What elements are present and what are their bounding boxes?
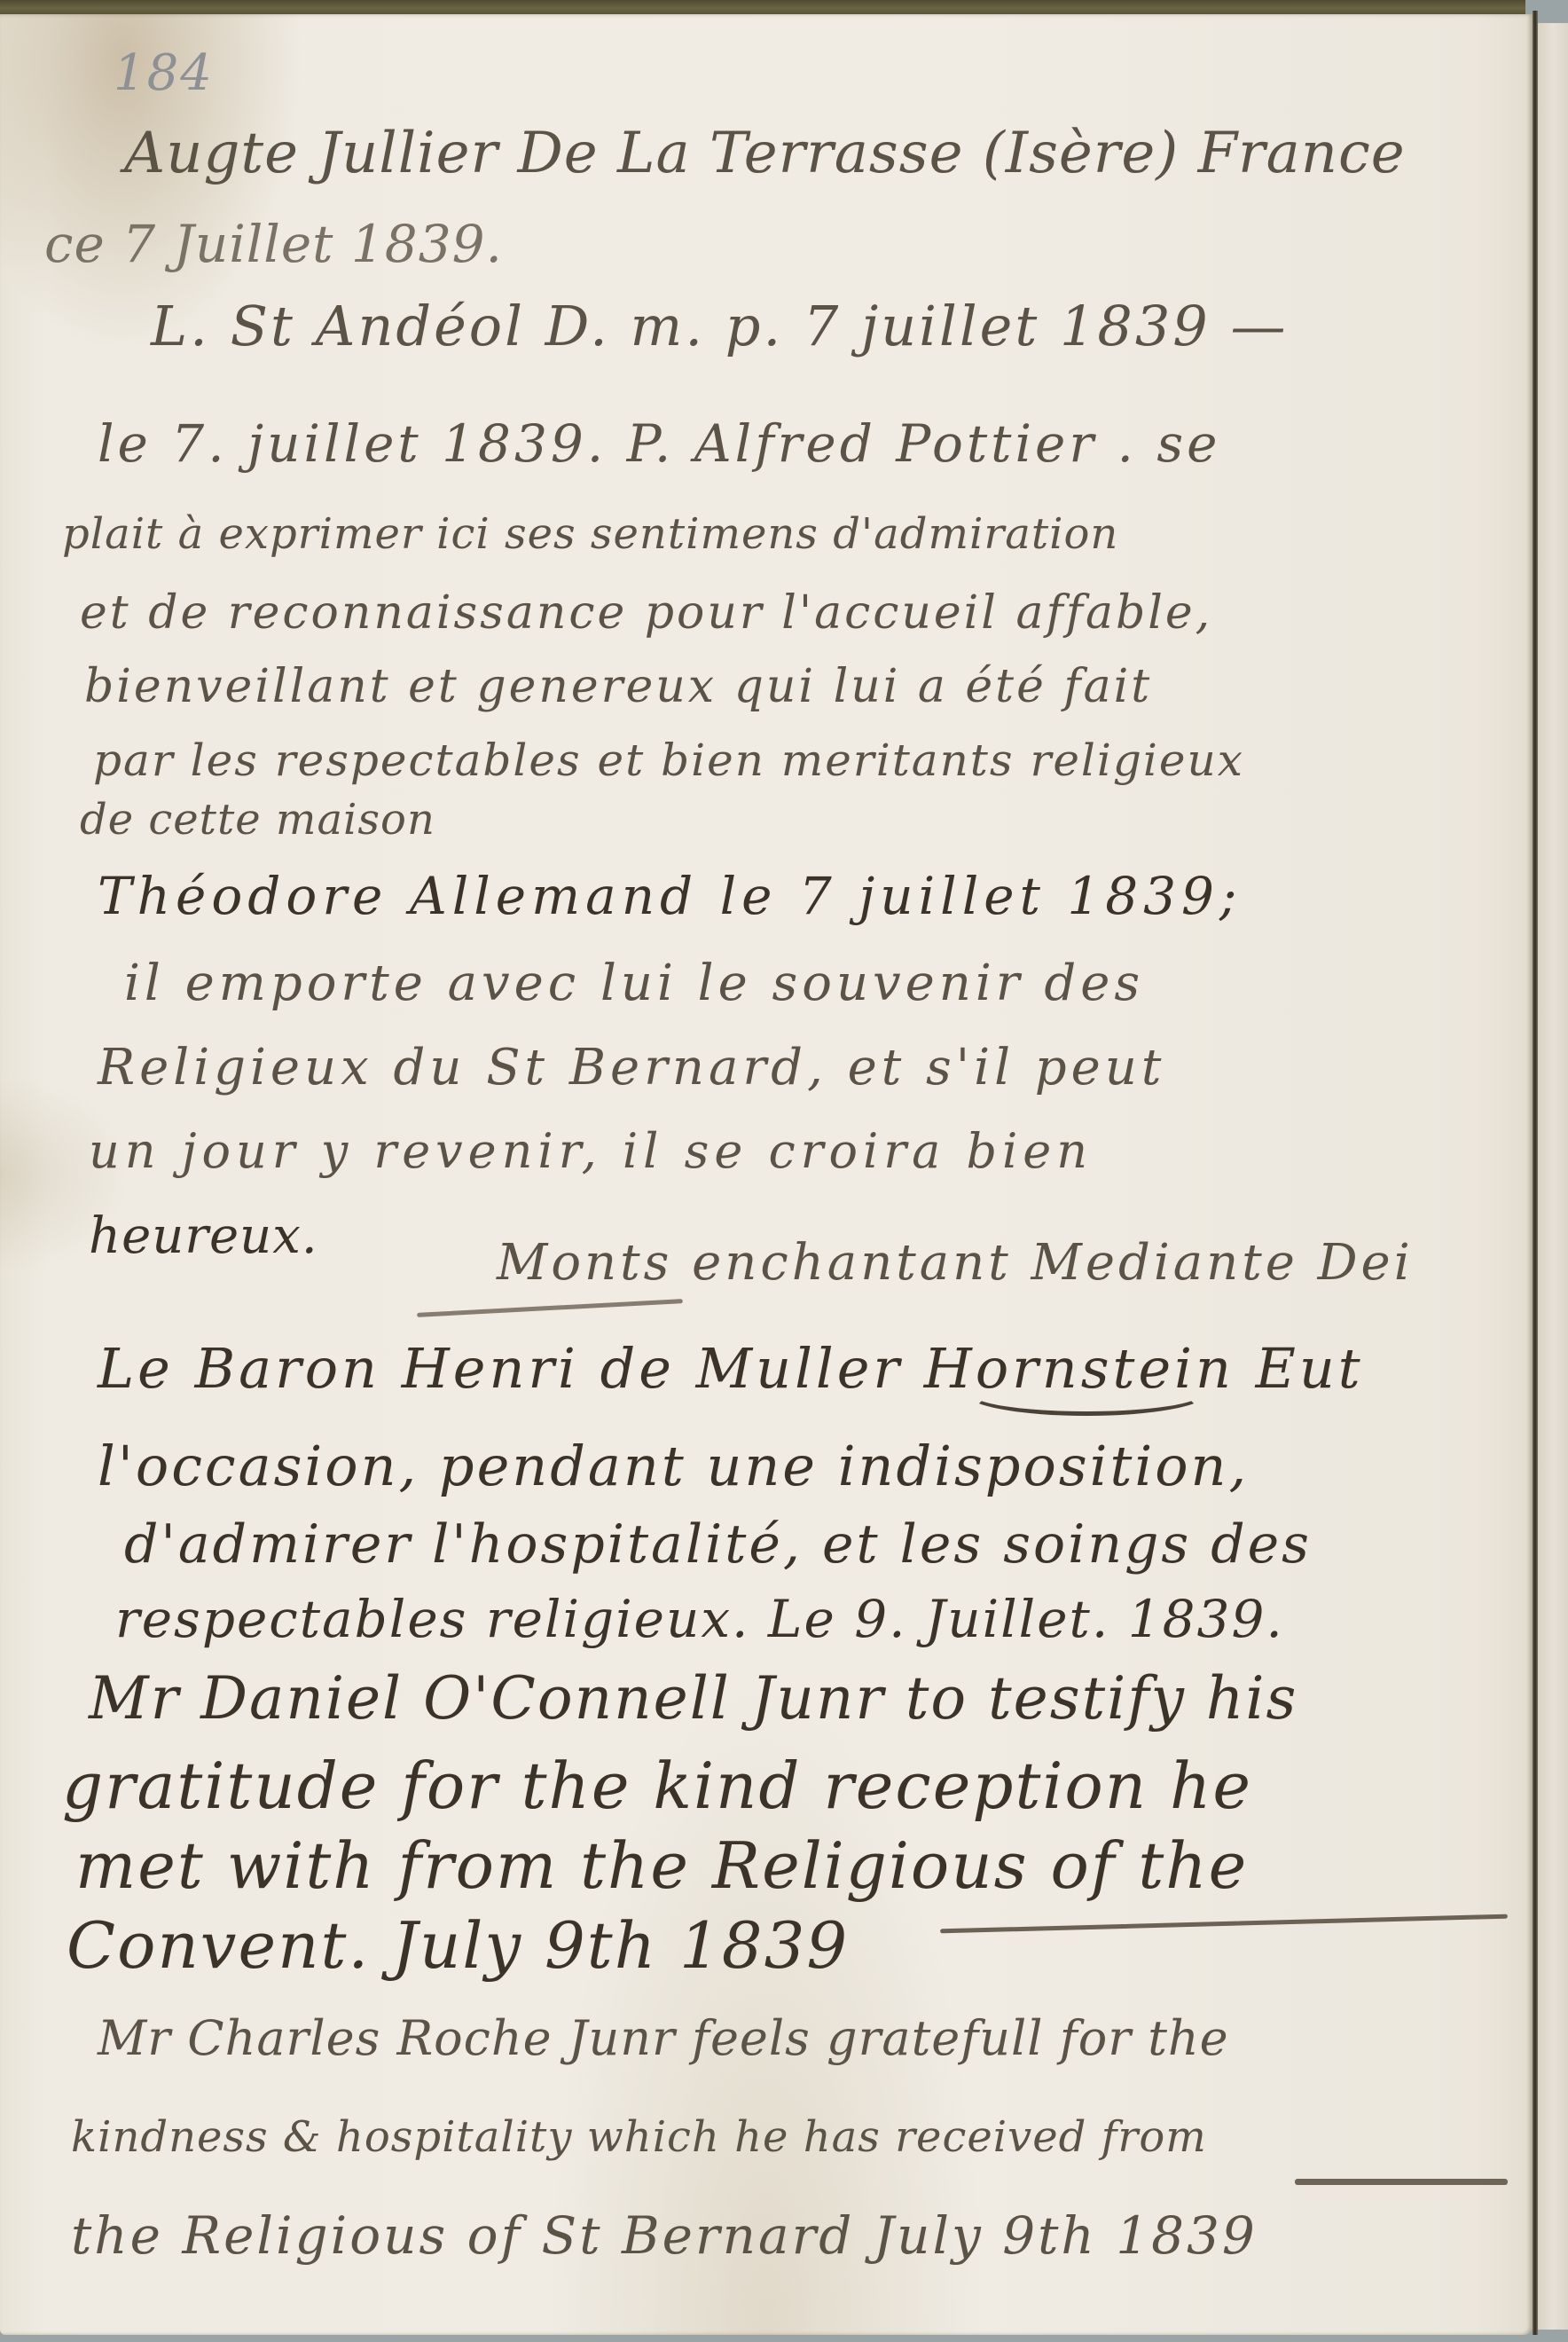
entry-7-line-1: Mr Charles Roche Junr feels gratefull fo… — [98, 2010, 1229, 2066]
manuscript-page: 184 Augte Jullier De La Terrasse (Isère)… — [0, 14, 1533, 2335]
entry-4-line-3: Religieux du St Bernard, et s'il peut — [98, 1039, 1165, 1096]
entry-2-line-1: L. St Andéol D. m. p. 7 juillet 1839 — — [151, 294, 1288, 358]
entry-3-line-6: de cette maison — [80, 795, 435, 845]
entry-6-closing-rule — [940, 1914, 1508, 1934]
entry-6-line-4: Convent. July 9th 1839 — [67, 1908, 849, 1983]
folio-number: 184 — [114, 44, 214, 102]
entry-4-line-2: il emporte avec lui le souvenir des — [124, 955, 1144, 1012]
entry-6-line-2: gratitude for the kind reception he — [62, 1749, 1252, 1823]
manuscript-scan: 184 Augte Jullier De La Terrasse (Isère)… — [0, 0, 1568, 2342]
entry-6-line-3: met with from the Religious of the — [75, 1828, 1248, 1903]
entry-4-line-4: un jour y revenir, il se croira bien — [89, 1123, 1093, 1179]
entry-7-line-2: kindness & hospitality which he has rece… — [71, 2112, 1207, 2162]
entry-1-line-2: ce 7 Juillet 1839. — [44, 214, 503, 274]
entry-1-line-1: Augte Jullier De La Terrasse (Isère) Fra… — [124, 121, 1406, 186]
entry-6-line-1: Mr Daniel O'Connell Junr to testify his — [89, 1664, 1298, 1733]
hornstein-underline-flourish — [967, 1371, 1206, 1416]
entry-7-closing-rule — [1295, 2179, 1508, 2185]
entry-4-line-1: Théodore Allemand le 7 juillet 1839; — [98, 866, 1242, 926]
entry-4-line-6: Monts enchantant Mediante Dei — [497, 1234, 1414, 1292]
entry-3-line-1: le 7. juillet 1839. P. Alfred Pottier . … — [98, 413, 1221, 474]
entry-5-line-2: l'occasion, pendant une indisposition, — [98, 1434, 1249, 1498]
entry-3-line-2: plait à exprimer ici ses sentimens d'adm… — [62, 509, 1118, 559]
entry-3-line-4: bienveillant et genereux qui lui a été f… — [84, 660, 1152, 713]
entry-3-line-3: et de reconnaissance pour l'accueil affa… — [80, 586, 1212, 640]
entry-4-flourish — [417, 1299, 683, 1317]
entry-5-line-4: respectables religieux. Le 9. Juillet. 1… — [115, 1589, 1284, 1649]
entry-4-line-5: heureux. — [89, 1207, 318, 1265]
adjacent-page-edge — [1538, 23, 1568, 2330]
entry-5-line-3: d'admirer l'hospitalité, et les soings d… — [124, 1513, 1312, 1576]
entry-7-line-3: the Religious of St Bernard July 9th 183… — [71, 2205, 1258, 2266]
entry-3-line-5: par les respectables et bien meritants r… — [93, 735, 1244, 786]
